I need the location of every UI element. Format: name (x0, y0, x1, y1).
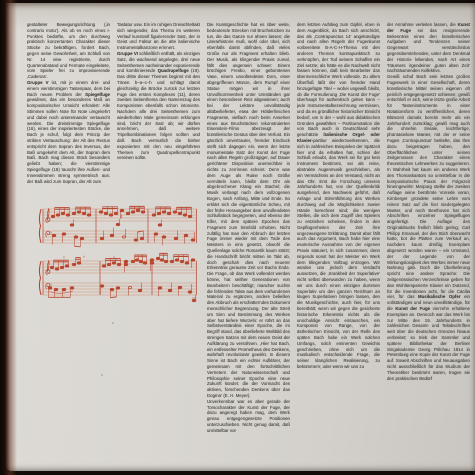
text-column-1: gestalteter Bewegungsrichtung (‚in contr… (27, 22, 110, 198)
paragraph: Gruppe VI schließlich enthält, als einzi… (117, 51, 200, 161)
paper-speck (101, 374, 103, 376)
paragraph: Gruppe V ist, mit je einem drei- und ein… (27, 80, 110, 184)
paragraph: Unverkennbar war es aber gerade der Tors… (207, 399, 290, 434)
liner-notes-page: gestalteter Bewegungsrichtung (‚in contr… (4, 3, 475, 471)
paragraph: Die Kunstgeschichte hat es über weite, b… (207, 22, 290, 399)
text-column-3: Die Kunstgeschichte hat es über weite, b… (207, 22, 290, 470)
barlines (43, 209, 197, 295)
paragraph: gestalteter Bewegungsrichtung (‚in contr… (27, 22, 110, 80)
paragraph: Gewiß schuf Bach sein letztes großes Fug… (387, 74, 470, 381)
staff-lines (43, 209, 197, 295)
paragraph: Tastatur usw. Ein im ruhigen Dreiachtelt… (117, 22, 200, 51)
sleeve-spine-edge (0, 0, 17, 475)
paper-speck (112, 322, 114, 324)
text-column-4: dem letzten Aufstieg zum Gipfel, eben in… (297, 22, 380, 470)
paragraph: der Annahme verleiten lassen, die Kunst … (387, 22, 470, 74)
music-notation-figure (38, 204, 201, 308)
text-column-5: der Annahme verleiten lassen, die Kunst … (387, 22, 470, 470)
system-braces (39, 209, 41, 295)
paragraph: dem letzten Aufstieg zum Gipfel, eben in… (297, 22, 380, 370)
text-column-2: Tastatur usw. Ein im ruhigen Dreiachtelt… (117, 22, 200, 198)
